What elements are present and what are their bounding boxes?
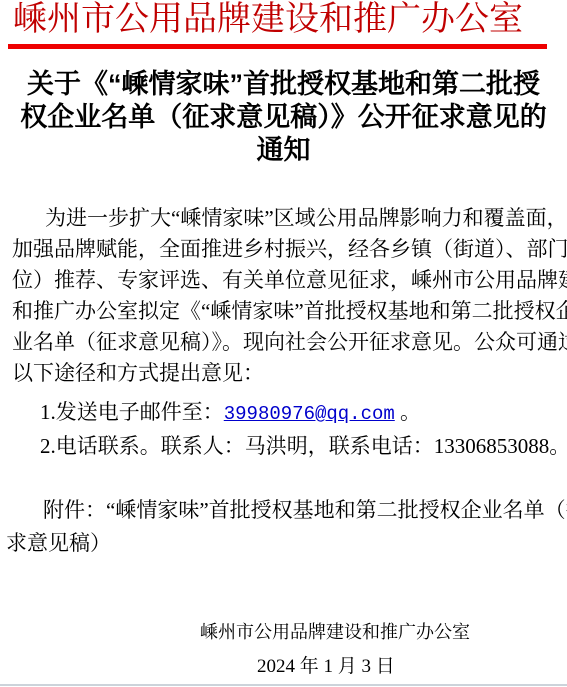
body-line: 业名单（征求意见稿）》。现向社会公开征求意见。公众可通过	[12, 327, 557, 358]
email-link[interactable]: 39980976@qq.com	[224, 403, 395, 425]
attachment-line: 求意见稿）	[6, 527, 557, 560]
body-line: 加强品牌赋能，全面推进乡村振兴，经各乡镇（街道）、部门（单	[12, 234, 557, 265]
attachment-line: 附件：“嵊情家味”首批授权基地和第二批授权企业名单（征	[6, 494, 557, 527]
contact-item-phone: 2.电话联系。联系人：马洪明，联系电话：13306853088。	[40, 430, 567, 462]
signature-org-name: 嵊州市公用品牌建设和推广办公室	[0, 619, 567, 645]
body-line: 和推广办公室拟定《“嵊情家味”首批授权基地和第二批授权企	[12, 296, 557, 327]
notice-title-line: 权企业名单（征求意见稿）》公开征求意见的	[0, 101, 567, 134]
letterhead-org-name: 嵊州市公用品牌建设和推广办公室	[0, 0, 567, 43]
notice-body-paragraph: 为进一步扩大“嵊情家味”区域公用品牌影响力和覆盖面， 加强品牌赋能，全面推进乡村…	[12, 203, 557, 389]
contact-methods-list: 1.发送电子邮件至：39980976@qq.com 。 2.电话联系。联系人：马…	[40, 396, 567, 462]
notice-title: 关于《“嵊情家味”首批授权基地和第二批授 权企业名单（征求意见稿）》公开征求意见…	[0, 68, 567, 167]
letterhead-rule	[8, 44, 547, 49]
notice-title-line: 通知	[0, 134, 567, 167]
email-item-prefix: 1.发送电子邮件至：	[40, 400, 224, 424]
email-item-suffix: 。	[395, 400, 421, 424]
signature-date: 2024 年 1 月 3 日	[0, 654, 567, 680]
body-line: 位）推荐、专家评选、有关单位意见征求，嵊州市公用品牌建设	[12, 265, 557, 296]
contact-item-email: 1.发送电子邮件至：39980976@qq.com 。	[40, 396, 567, 430]
notice-title-line: 关于《“嵊情家味”首批授权基地和第二批授	[0, 68, 567, 101]
body-line: 以下途径和方式提出意见：	[12, 358, 557, 389]
page-bottom-divider	[0, 684, 567, 686]
attachment-note: 附件：“嵊情家味”首批授权基地和第二批授权企业名单（征 求意见稿）	[6, 494, 557, 560]
notice-document: 嵊州市公用品牌建设和推广办公室 关于《“嵊情家味”首批授权基地和第二批授 权企业…	[0, 0, 567, 687]
body-line: 为进一步扩大“嵊情家味”区域公用品牌影响力和覆盖面，	[12, 203, 557, 234]
